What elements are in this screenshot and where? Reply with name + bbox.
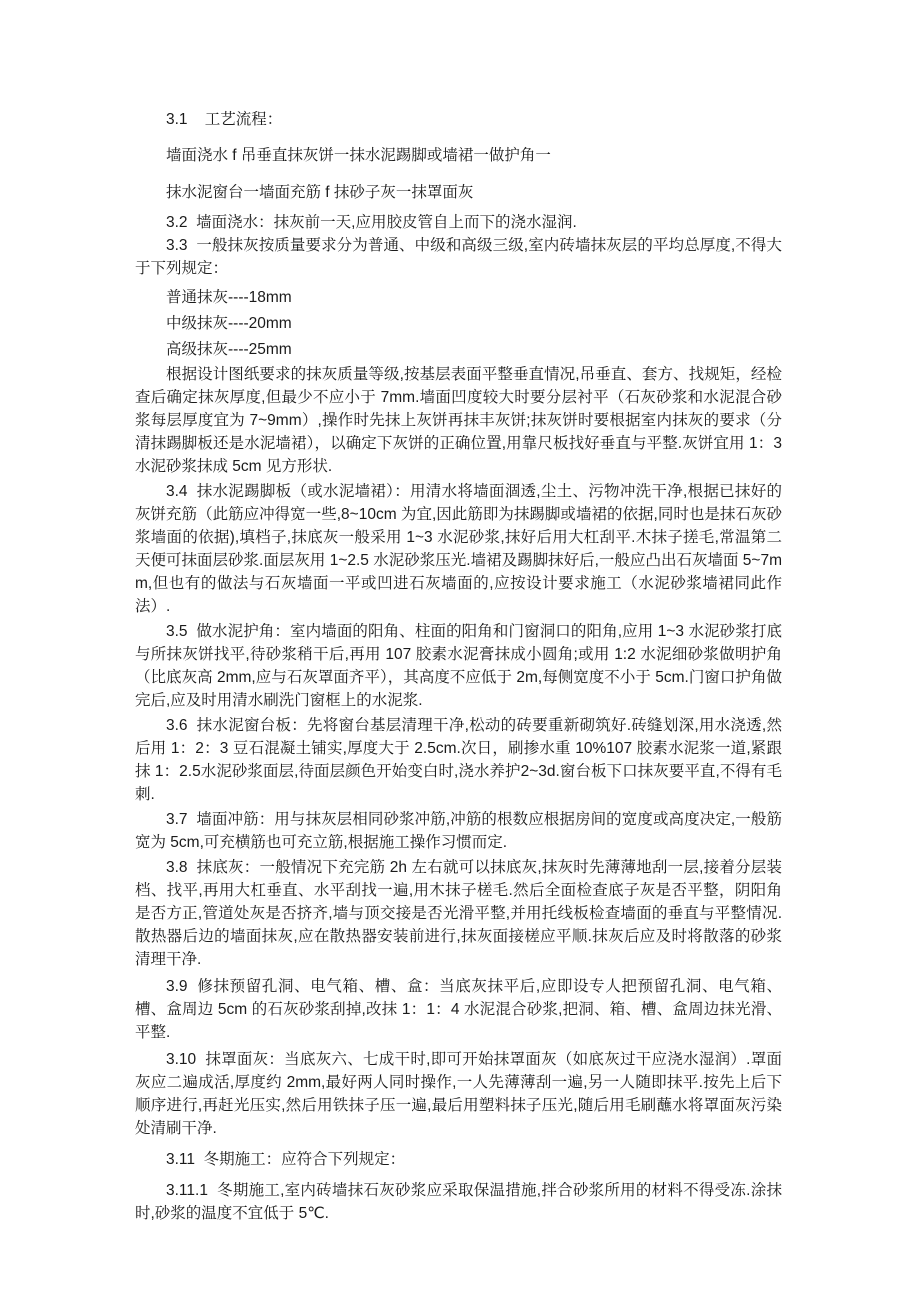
process-flow-line-1: 墙面浇水 f 吊垂直抹灰饼一抹水泥踢脚或墙裙一做护角一 [135,144,782,167]
para-3-5-cement-corner-guard: 3.5 做水泥护角：室内墙面的阳角、柱面的阳角和门窗洞口的阳角,应用 1~3 水… [135,620,782,712]
para-3-8-base-coat: 3.8 抹底灰：一般情况下充完筋 2h 左右就可以抹底灰,抹灰时先薄薄地刮一层,… [135,856,782,971]
process-flow-line-2: 抹水泥窗台一墙面充筋 f 抹砂子灰一抹罩面灰 [135,181,782,204]
para-3-2-wall-watering: 3.2 墙面浇水：抹灰前一天,应用胶皮管自上而下的浇水湿润. [135,211,782,234]
para-3-10-finish-coat: 3.10 抹罩面灰：当底灰六、七成干时,即可开始抹罩面灰（如底灰过干应浇水湿润）… [135,1048,782,1140]
para-3-7-wall-screeding-ribs: 3.7 墙面冲筋：用与抹灰层相同砂浆冲筋,冲筋的根数应根据房间的宽度或高度决定,… [135,808,782,854]
para-3-4-cement-skirting: 3.4 抹水泥踢脚板（或水泥墙裙）：用清水将墙面涸透,尘土、污物冲洗干净,根据已… [135,480,782,618]
spec-medium-plaster: 中级抹灰----20mm [135,311,782,337]
spec-high-grade-plaster: 高级抹灰----25mm [135,337,782,363]
spec-ordinary-plaster: 普通抹灰----18mm [135,285,782,311]
para-3-11-1-winter-construction-detail: 3.11.1 冬期施工,室内砖墙抹石灰砂浆应采取保温措施,拌合砂浆所用的材料不得… [135,1179,782,1225]
para-3-1-process-flow-heading: 3.1 工艺流程： [135,108,782,131]
para-3-3-thickness-notes: 根据设计图纸要求的抹灰质量等级,按基层表面平整垂直情况,吊垂直、套方、找规矩，经… [135,363,782,478]
para-3-6-cement-windowsill: 3.6 抹水泥窗台板：先将窗台基层清理干净,松动的砖要重新砌筑好.砖缝划深,用水… [135,714,782,806]
para-3-9-reserved-holes-boxes: 3.9 修抹预留孔洞、电气箱、槽、盒：当底灰抹平后,应即设专人把预留孔洞、电气箱… [135,975,782,1044]
para-3-11-winter-construction-heading: 3.11 冬期施工：应符合下列规定： [135,1148,782,1171]
para-3-3-plaster-grades: 3.3 一般抹灰按质量要求分为普通、中级和高级三级,室内砖墙抹灰层的平均总厚度,… [135,234,782,280]
document-page: 3.1 工艺流程： 墙面浇水 f 吊垂直抹灰饼一抹水泥踢脚或墙裙一做护角一 抹水… [0,0,920,1301]
document-body: 3.1 工艺流程： 墙面浇水 f 吊垂直抹灰饼一抹水泥踢脚或墙裙一做护角一 抹水… [135,108,782,1225]
